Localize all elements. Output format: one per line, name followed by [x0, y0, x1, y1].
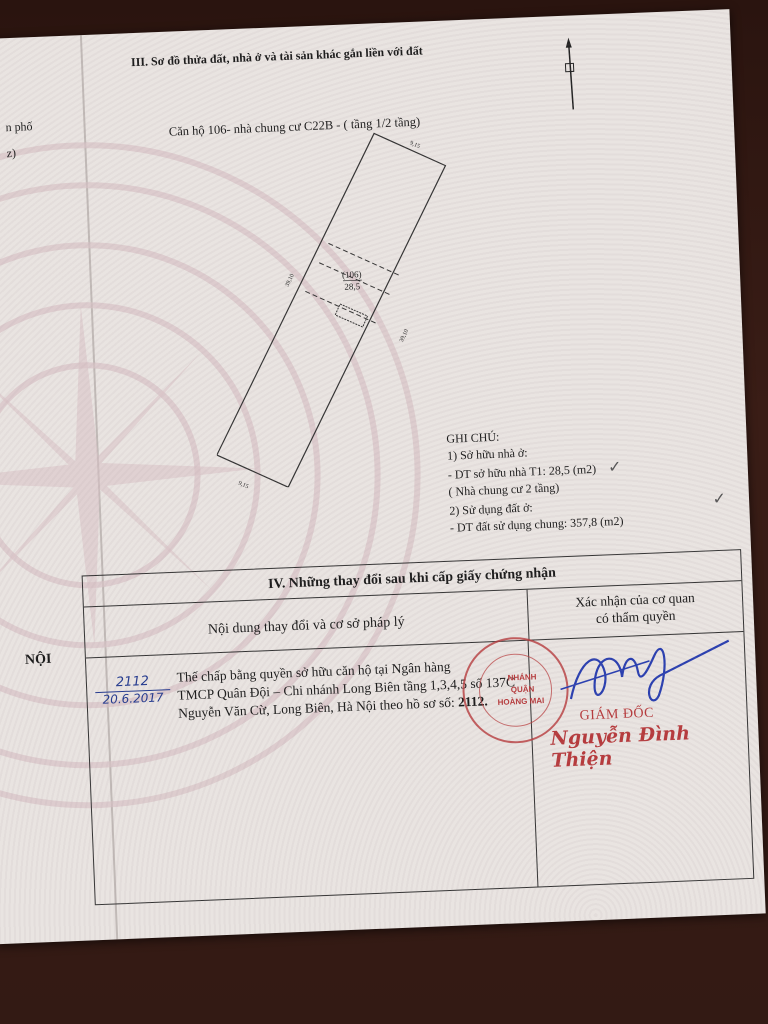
director-title: GIÁM ĐỐC — [579, 706, 654, 725]
section-3-title: III. Sơ đồ thửa đất, nhà ở và tài sản kh… — [131, 43, 423, 70]
note-line: 2) Sử dụng đất ở: — [449, 500, 533, 517]
director-name: Nguyễn Đình Thiện — [550, 720, 749, 772]
certificate-page: III. Sơ đồ thửa đất, nhà ở và tài sản kh… — [0, 9, 766, 944]
checkmark-icon: ✓ — [712, 489, 726, 509]
left-fragment-text: n phố — [5, 119, 33, 135]
handwritten-date: 20.6.2017 — [95, 690, 171, 707]
table-row: 2112 20.6.2017 Thế chấp bằng quyền sở hữ… — [86, 632, 753, 904]
authority-cell: NHÁNH QUẬN HOÀNG MAI GIÁM ĐỐC Nguyễn Đìn… — [528, 632, 754, 886]
left-dimension: 39,10 — [285, 273, 296, 288]
right-dimension: 39,10 — [399, 329, 410, 344]
checkmark-icon: ✓ — [608, 457, 622, 477]
north-arrow-icon — [558, 37, 581, 113]
bottom-dimension: 9,15 — [237, 481, 249, 490]
handwritten-record: 2112 20.6.2017 — [95, 673, 171, 707]
top-dimension: 9,15 — [409, 140, 421, 150]
plot-unit-label: (106) — [342, 269, 362, 280]
plot-area-label: 28,5 — [344, 281, 361, 292]
left-fragment-text: z) — [6, 146, 16, 161]
changes-table: IV. Những thay đổi sau khi cấp giấy chứn… — [82, 549, 755, 905]
notes-block: GHI CHÚ: 1) Sở hữu nhà ở: - DT sở hữu nh… — [446, 420, 727, 537]
left-edge-word: NỘI — [25, 652, 52, 669]
